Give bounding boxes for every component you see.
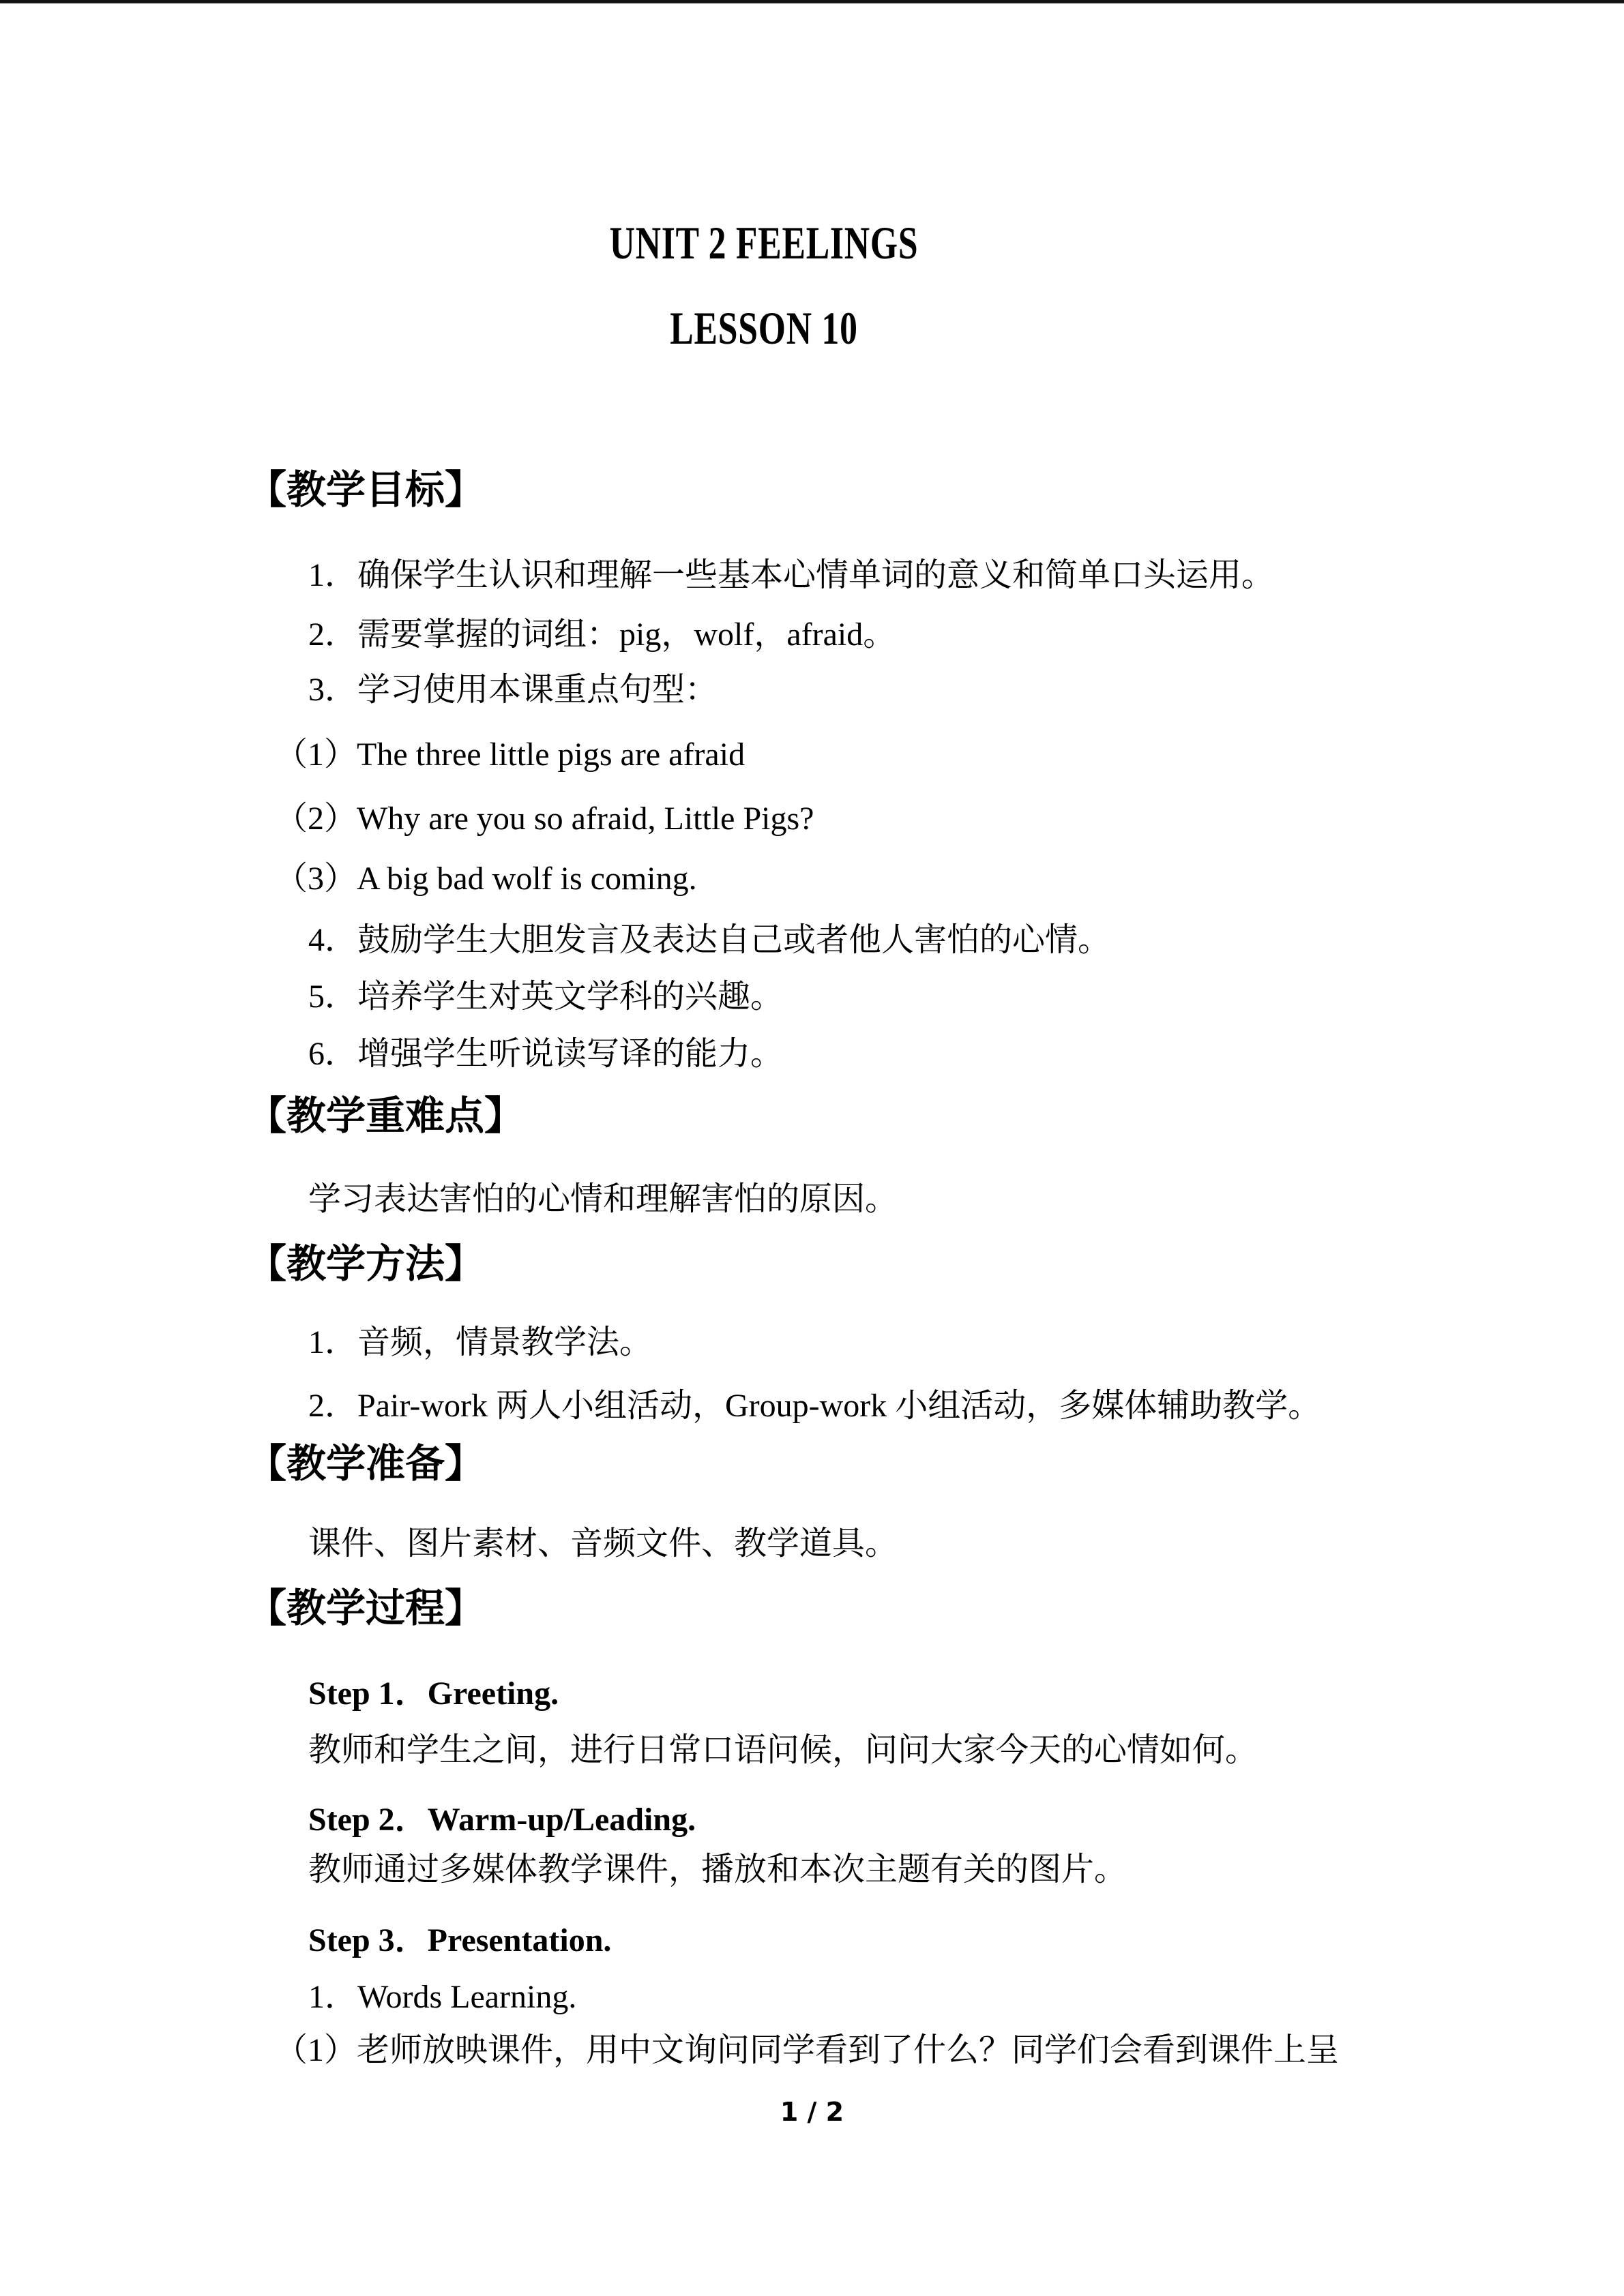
objective-item: 3．学习使用本课重点句型： xyxy=(308,669,718,711)
lesson-title: LESSON 10 xyxy=(371,299,1157,357)
process-step-heading: Step 3．Presentation. xyxy=(308,1920,611,1962)
objective-item: 1．确保学生认识和理解一些基本心情单词的意义和简单口头运用。 xyxy=(308,554,1274,597)
section-heading-preparation: 【教学准备】 xyxy=(247,1440,484,1489)
unit-title: UNIT 2 FEELINGS xyxy=(371,214,1157,271)
objective-item: 6．增强学生听说读写译的能力。 xyxy=(308,1033,783,1075)
process-step-heading: Step 1．Greeting. xyxy=(308,1673,559,1715)
process-step-heading: Step 2．Warm-up/Leading. xyxy=(308,1799,696,1841)
objective-sub-item: （3）A big bad wolf is coming. xyxy=(275,858,697,900)
objective-sub-item: （1）The three little pigs are afraid xyxy=(275,734,745,776)
top-border xyxy=(0,0,1624,3)
key-points-text: 学习表达害怕的心情和理解害怕的原因。 xyxy=(308,1178,898,1221)
objective-sub-item: （2）Why are you so afraid, Little Pigs? xyxy=(275,798,814,840)
section-heading-key-points: 【教学重难点】 xyxy=(247,1092,524,1141)
preparation-text: 课件、图片素材、音频文件、教学道具。 xyxy=(308,1523,898,1565)
section-heading-process: 【教学过程】 xyxy=(247,1584,484,1633)
document-page: UNIT 2 FEELINGS LESSON 10 【教学目标】 1．确保学生认… xyxy=(0,0,1624,2296)
section-heading-objectives: 【教学目标】 xyxy=(247,466,484,515)
method-item: 2．Pair-work 两人小组活动，Group-work 小组活动，多媒体辅助… xyxy=(308,1385,1320,1427)
objective-item: 2．需要掌握的词组：pig，wolf，afraid。 xyxy=(308,614,896,656)
process-step-body: 1．Words Learning. xyxy=(308,1976,576,2018)
method-item: 1．音频，情景教学法。 xyxy=(308,1322,652,1364)
page-number: 1 / 2 xyxy=(0,2096,1624,2128)
section-heading-methods: 【教学方法】 xyxy=(247,1240,484,1289)
process-step-body: 教师通过多媒体教学课件，播放和本次主题有关的图片。 xyxy=(308,1849,1127,1891)
objective-item: 5．培养学生对英文学科的兴趣。 xyxy=(308,976,783,1018)
process-step-body: 教师和学生之间，进行日常口语问候，问问大家今天的心情如何。 xyxy=(308,1729,1258,1772)
process-step-body: （1）老师放映课件，用中文询问同学看到了什么？同学们会看到课件上呈 xyxy=(275,2029,1339,2072)
objective-item: 4．鼓励学生大胆发言及表达自己或者他人害怕的心情。 xyxy=(308,919,1110,961)
